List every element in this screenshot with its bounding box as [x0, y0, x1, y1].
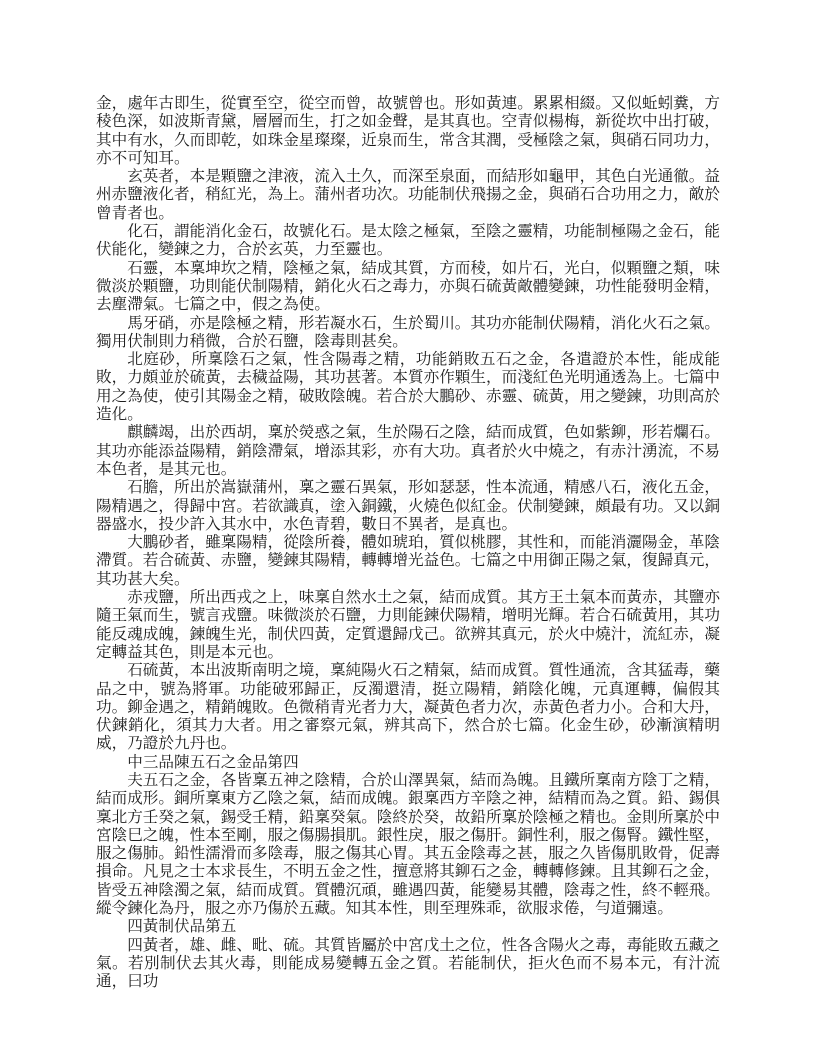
paragraph: 石膽，所出於嵩嶽蒲州，稟之靈石異氣，形如瑟瑟，性本流通，精感八石，液化五金，陽精… — [96, 479, 720, 534]
paragraph: 北庭砂，所稟陰石之氣，性含陽毒之精，功能銷敗五石之金，各遣證於本性，能成能敗，力… — [96, 351, 720, 424]
paragraph: 大鵬砂者，雖稟陽精，從陰所養，體如琥珀，質似桃膠，其性和，而能消灑陽金，革陰滯質… — [96, 534, 720, 589]
paragraph: 麒麟竭，出於西胡，稟於熒惑之氣，生於陽石之陰，結而成質，色如紫鉚，形若爛石。其功… — [96, 424, 720, 479]
document-page: 金，處年古即生，從實至空，從空而曾，故號曾也。形如黃連。累累相綴。又似蚯蚓糞，方… — [0, 0, 816, 1056]
paragraph: 石硫黃，本出波斯南明之境，稟純陽火石之精氣，結而成質。質性通流，含其猛毒，藥品之… — [96, 662, 720, 753]
paragraph: 玄英者，本是顆鹽之津液，流入土久，而深至泉面，而結形如龜甲，其色白光通徹。益州赤… — [96, 168, 720, 223]
paragraph: 夫五石之金，各皆稟五神之陰精，合於山澤異氣，結而為魄。且鐵所稟南方陰丁之精，結而… — [96, 772, 720, 918]
paragraph: 馬牙硝，亦是陰極之精，形若凝水石，生於蜀川。其功亦能制伏陽精，消化火石之氣。獨用… — [96, 315, 720, 352]
paragraph: 石靈，本稟坤坎之精，陰極之氣，結成其質，方而稜，如片石，光白，似顆鹽之類，味微淡… — [96, 260, 720, 315]
paragraph: 四黃者，雄、雌、毗、硫。其質皆屬於中宮戊土之位，性各含陽火之毒，毒能敗五藏之氣。… — [96, 937, 720, 992]
document-text: 金，處年古即生，從實至空，從空而曾，故號曾也。形如黃連。累累相綴。又似蚯蚓糞，方… — [96, 95, 720, 992]
section-heading: 中三品陳五石之金品第四 — [96, 754, 720, 772]
section-heading: 四黃制伏品第五 — [96, 918, 720, 936]
paragraph: 金，處年古即生，從實至空，從空而曾，故號曾也。形如黃連。累累相綴。又似蚯蚓糞，方… — [96, 95, 720, 168]
paragraph: 化石，謂能消化金石，故號化石。是太陰之極氣，至陰之靈精，功能制極陽之金石，能伏能… — [96, 223, 720, 260]
paragraph: 赤戎鹽，所出西戎之上，味稟自然水土之氣，結而成質。其方王土氣本而黃赤，其鹽亦隨王… — [96, 589, 720, 662]
